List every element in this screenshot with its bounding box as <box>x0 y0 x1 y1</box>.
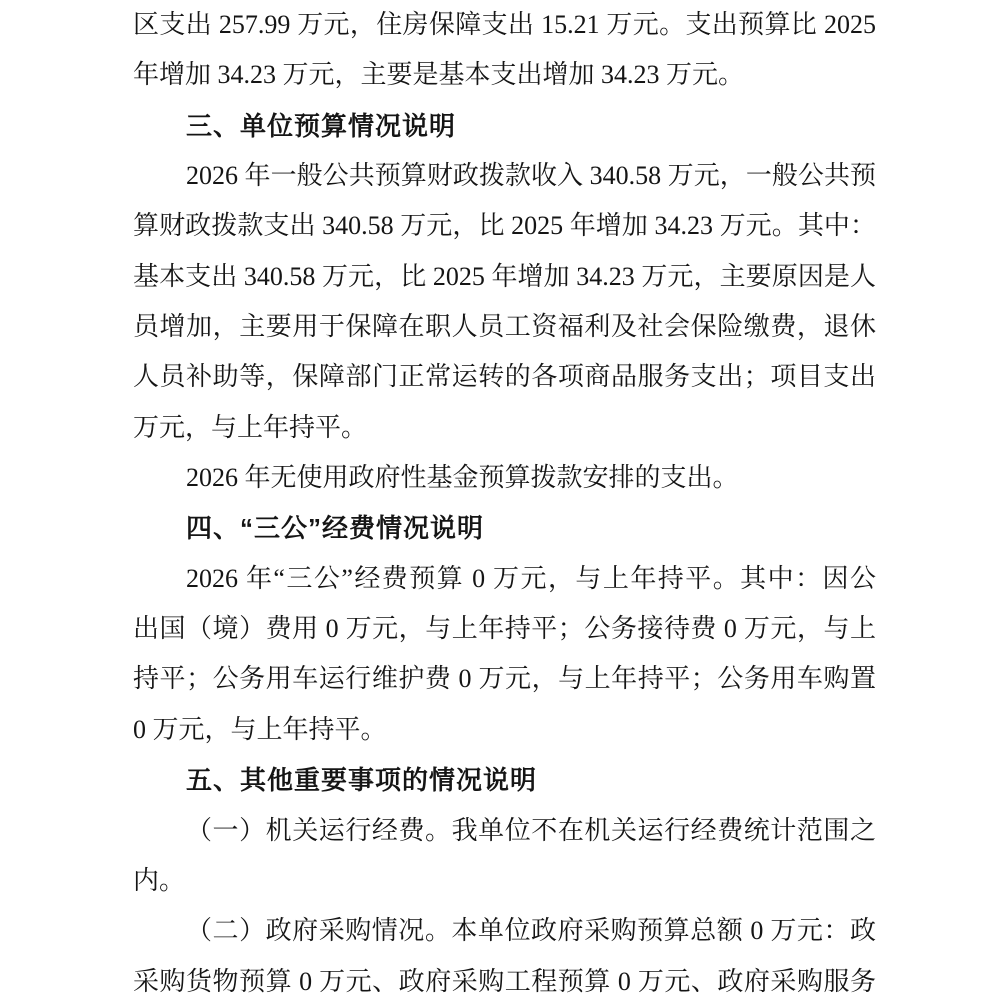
text-line: 出国（境）费用 0 万元，与上年持平；公务接待费 0 万元，与上年 <box>133 604 876 654</box>
text-line: 万元，与上年持平。 <box>133 403 876 453</box>
text-line: （一）机关运行经费。我单位不在机关运行经费统计范围之 <box>133 806 876 856</box>
text-line: （二）政府采购情况。本单位政府采购预算总额 0 万元：政府 <box>133 906 876 956</box>
text-line: 0 万元，与上年持平。 <box>133 705 876 755</box>
text-line: 持平；公务用车运行维护费 0 万元，与上年持平；公务用车购置费 <box>133 654 876 704</box>
text-line: 基本支出 340.58 万元，比 2025 年增加 34.23 万元，主要原因是… <box>133 252 876 302</box>
section-heading: 三、单位预算情况说明 <box>133 101 876 151</box>
section-heading: 五、其他重要事项的情况说明 <box>133 755 876 805</box>
text-line: 2026 年无使用政府性基金预算拨款安排的支出。 <box>133 453 876 503</box>
text-line: 员增加，主要用于保障在职人员工资福利及社会保险缴费，退休 <box>133 302 876 352</box>
text-line: 年增加 34.23 万元，主要是基本支出增加 34.23 万元。 <box>133 50 876 100</box>
text-line: 内。 <box>133 856 876 906</box>
text-line: 2026 年“三公”经费预算 0 万元，与上年持平。其中：因公 <box>133 554 876 604</box>
text-line: 人员补助等，保障部门正常运转的各项商品服务支出；项目支出 0 <box>133 352 876 402</box>
text-line: 2026 年一般公共预算财政拨款收入 340.58 万元，一般公共预 <box>133 151 876 201</box>
text-line: 算财政拨款支出 340.58 万元，比 2025 年增加 34.23 万元。其中… <box>133 201 876 251</box>
document-text-block: 区支出 257.99 万元，住房保障支出 15.21 万元。支出预算比 2025… <box>133 0 876 1003</box>
section-heading: 四、“三公”经费情况说明 <box>133 503 876 553</box>
text-line: 区支出 257.99 万元，住房保障支出 15.21 万元。支出预算比 2025 <box>133 0 876 50</box>
document-page: 区支出 257.99 万元，住房保障支出 15.21 万元。支出预算比 2025… <box>0 0 1000 1003</box>
text-line: 采购货物预算 0 万元、政府采购工程预算 0 万元、政府采购服务预 <box>133 957 876 1003</box>
